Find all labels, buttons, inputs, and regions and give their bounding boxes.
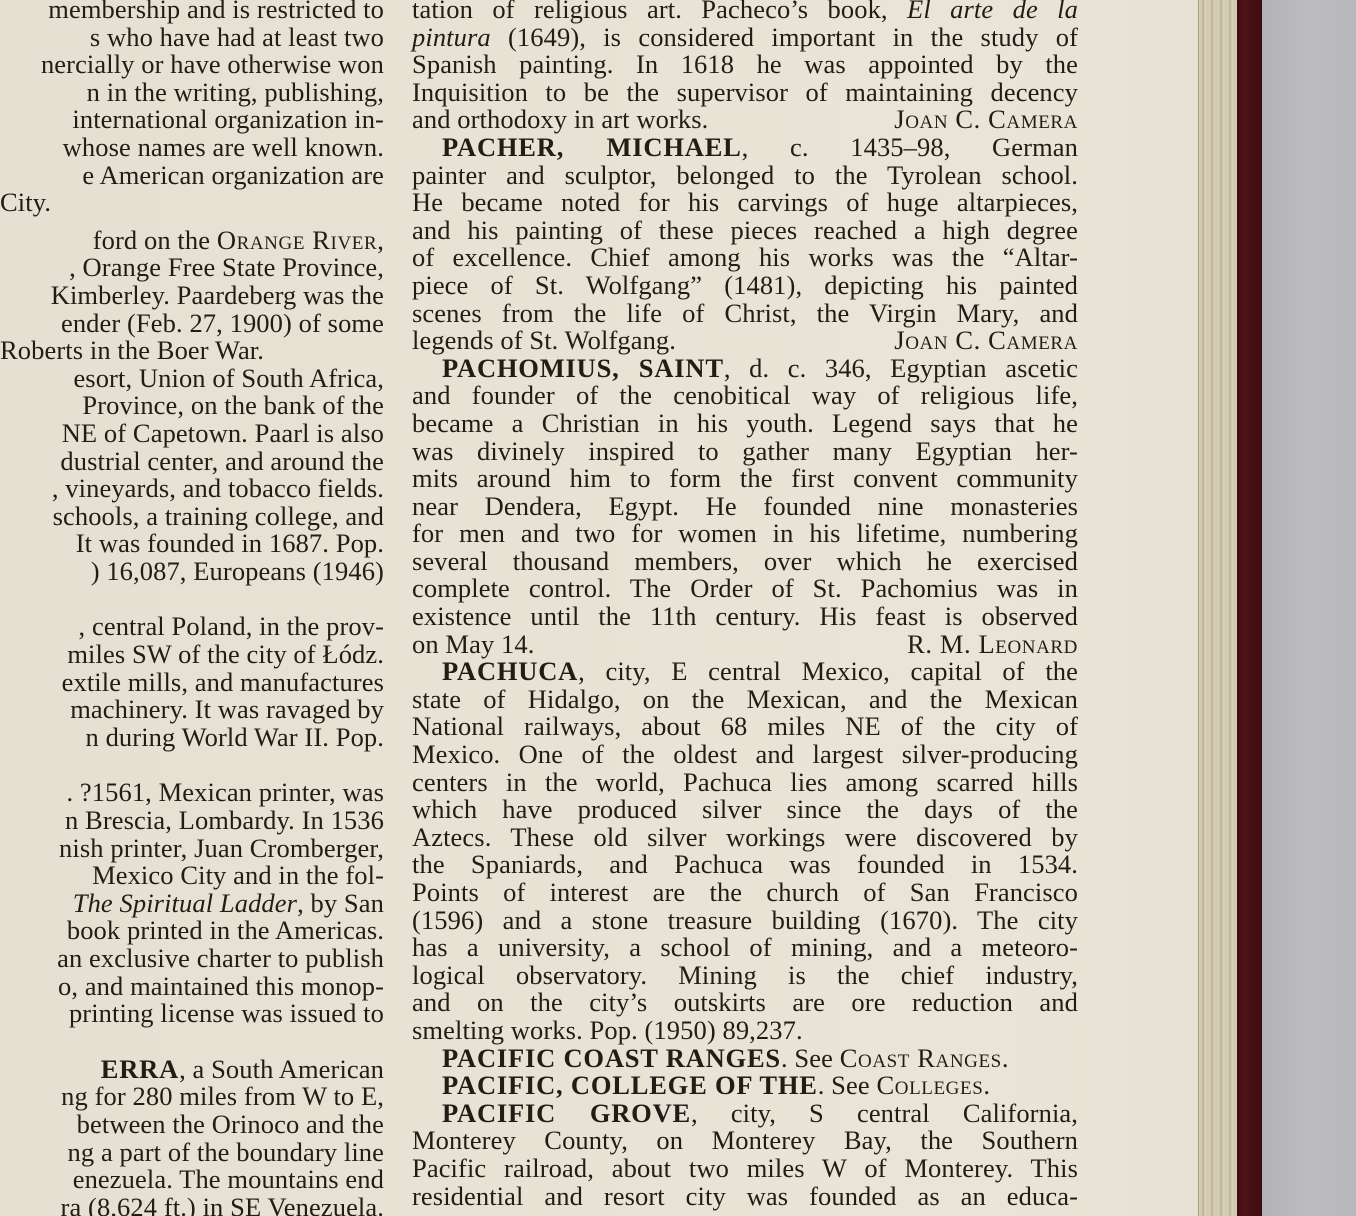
text-line: City.	[0, 189, 384, 217]
text-line: ) 16,087, Europeans (1946)	[0, 558, 384, 586]
entry-pacific-grove: PACIFIC GROVE, city, S central Californi…	[412, 1100, 1078, 1210]
text-line: ra (8,624 ft.) in SE Venezuela.	[0, 1194, 384, 1216]
text-line: miles SW of the city of Łódz.	[0, 641, 384, 669]
text-line: smelting works. Pop. (1950) 89,237.	[412, 1017, 1078, 1045]
entry-pachomius-saint: PACHOMIUS, SAINT, d. c. 346, Egyptian as…	[412, 355, 1078, 659]
text-line: Pacific railroad, about two miles W of M…	[412, 1155, 1078, 1183]
entry-fragment-membership: membership and is restricted to s who ha…	[0, 0, 384, 217]
headword: ERRA	[101, 1054, 179, 1084]
text-line: Roberts in the Boer War.	[0, 337, 384, 365]
text-line: Province, on the bank of the	[0, 392, 384, 420]
text-line: of excellence. Chief among his works was…	[412, 244, 1078, 272]
text-line: residential and resort city was founded …	[412, 1183, 1078, 1211]
cross-reference: Coast Ranges	[840, 1043, 1002, 1073]
text-line: It was founded in 1687. Pop.	[0, 530, 384, 558]
text-line: Spanish painting. In 1618 he was appoint…	[412, 51, 1078, 79]
text-line: mits around him to form the first conven…	[412, 465, 1078, 493]
text-line: enezuela. The mountains end	[0, 1166, 384, 1194]
entry-pacheco-tail: tation of religious art. Pacheco’s book,…	[412, 0, 1078, 134]
text-line: NE of Capetown. Paarl is also	[0, 420, 384, 448]
text-line: was divinely inspired to gather many Egy…	[412, 438, 1078, 466]
text-line: , central Poland, in the prov-	[0, 613, 384, 641]
text-line: , vineyards, and tobacco fields.	[0, 475, 384, 503]
text-line: membership and is restricted to	[0, 0, 384, 24]
text-line: o, and maintained this monop-	[0, 973, 384, 1001]
text-line: on May 14. R. M. Leonard	[412, 631, 1078, 659]
text-line: centers in the world, Pachuca lies among…	[412, 769, 1078, 797]
headword: PACHOMIUS, SAINT	[442, 353, 724, 383]
text-line: Points of interest are the church of San…	[412, 879, 1078, 907]
book-title: El arte de la	[907, 0, 1078, 24]
text-line: nercially or have otherwise won	[0, 51, 384, 79]
book-title: pintura	[412, 22, 491, 52]
text-line: and orthodoxy in art works. Joan C. Came…	[412, 106, 1078, 134]
text-line: Inquisition to be the supervisor of main…	[412, 79, 1078, 107]
text-line: Kimberley. Paardeberg was the	[0, 282, 384, 310]
right-column: tation of religious art. Pacheco’s book,…	[412, 0, 1078, 1210]
text-line: (1596) and a stone treasure building (16…	[412, 907, 1078, 935]
entry-pacific-coast-ranges: PACIFIC COAST RANGES. See Coast Ranges.	[412, 1045, 1078, 1073]
text-line: whose names are well known.	[0, 134, 384, 162]
cross-reference: Colleges	[876, 1070, 983, 1100]
entry-pachuca: PACHUCA, city, E central Mexico, capital…	[412, 658, 1078, 1044]
text-line: ERRA, a South American	[0, 1056, 384, 1084]
text-line: . ?1561, Mexican printer, was	[0, 779, 384, 807]
text-line: The Spiritual Ladder, by San	[0, 890, 384, 918]
text-line: nish printer, Juan Cromberger,	[0, 835, 384, 863]
text-line: s who have had at least two	[0, 24, 384, 52]
text-line: state of Hidalgo, on the Mexican, and th…	[412, 686, 1078, 714]
page-edges	[1198, 0, 1237, 1216]
text-line: PACIFIC, COLLEGE OF THE. See Colleges.	[412, 1072, 1078, 1100]
text-line: piece of St. Wolfgang” (1481), depicting…	[412, 272, 1078, 300]
text-line: Mexico. One of the oldest and largest si…	[412, 741, 1078, 769]
text-line: became a Christian in his youth. Legend …	[412, 410, 1078, 438]
left-column: membership and is restricted to s who ha…	[0, 0, 384, 1216]
text-line: ford on the Orange River,	[0, 227, 384, 255]
text-line: between the Orinoco and the	[0, 1111, 384, 1139]
text-line: dustrial center, and around the	[0, 448, 384, 476]
headword: PACIFIC GROVE	[442, 1098, 691, 1128]
text-line: Aztecs. These old silver workings were d…	[412, 824, 1078, 852]
entry-fragment-paarl: esort, Union of South Africa, Province, …	[0, 365, 384, 586]
text-line: for men and two for women in his lifetim…	[412, 520, 1078, 548]
text-line: complete control. The Order of St. Pacho…	[412, 575, 1078, 603]
text-line: He became noted for his carvings of huge…	[412, 189, 1078, 217]
author-signature: R. M. Leonard	[907, 631, 1078, 659]
text-line: an exclusive charter to publish	[0, 945, 384, 973]
text-line: esort, Union of South Africa,	[0, 365, 384, 393]
entry-fragment-pablos: . ?1561, Mexican printer, was n Brescia,…	[0, 779, 384, 1027]
book-title: The Spiritual Ladder	[73, 888, 297, 918]
text-line: near Dendera, Egypt. He founded nine mon…	[412, 493, 1078, 521]
text-line: machinery. It was ravaged by	[0, 696, 384, 724]
encyclopedia-page: membership and is restricted to s who ha…	[0, 0, 1198, 1216]
entry-pacher-michael: PACHER, MICHAEL, c. 1435–98, German pain…	[412, 134, 1078, 355]
text-line: pintura (1649), is considered important …	[412, 24, 1078, 52]
entry-pacific-college-of-the: PACIFIC, COLLEGE OF THE. See Colleges.	[412, 1072, 1078, 1100]
text-line: printing license was issued to	[0, 1000, 384, 1028]
text-line: n Brescia, Lombardy. In 1536	[0, 807, 384, 835]
background-wall	[1262, 0, 1356, 1216]
text-line: n in the writing, publishing,	[0, 79, 384, 107]
text-line: several thousand members, over which he …	[412, 548, 1078, 576]
text-line: tation of religious art. Pacheco’s book,…	[412, 0, 1078, 24]
text-line: book printed in the Americas.	[0, 917, 384, 945]
text-line: scenes from the life of Christ, the Virg…	[412, 300, 1078, 328]
headword: PACIFIC COAST RANGES	[442, 1043, 781, 1073]
text-line: National railways, about 68 miles NE of …	[412, 713, 1078, 741]
text-line: PACIFIC COAST RANGES. See Coast Ranges.	[412, 1045, 1078, 1073]
text-line: Mexico City and in the fol-	[0, 862, 384, 890]
author-signature: Joan C. Camera	[894, 327, 1078, 355]
text-line: and on the city’s outskirts are ore redu…	[412, 989, 1078, 1017]
text-line: PACHUCA, city, E central Mexico, capital…	[412, 658, 1078, 686]
text-line: PACHER, MICHAEL, c. 1435–98, German	[412, 134, 1078, 162]
author-signature: Joan C. Camera	[894, 106, 1078, 134]
headword: PACHUCA	[442, 656, 578, 686]
text-line: Monterey County, on Monterey Bay, the So…	[412, 1127, 1078, 1155]
text-line: schools, a training college, and	[0, 503, 384, 531]
text-line: extile mills, and manufactures	[0, 669, 384, 697]
text-line: which have produced silver since the day…	[412, 796, 1078, 824]
text-line: painter and sculptor, belonged to the Ty…	[412, 162, 1078, 190]
text-line: n during World War II. Pop.	[0, 724, 384, 752]
text-line: PACHOMIUS, SAINT, d. c. 346, Egyptian as…	[412, 355, 1078, 383]
cross-reference: Orange River	[217, 225, 377, 255]
headword: PACHER, MICHAEL	[442, 132, 742, 162]
text-line: existence until the 11th century. His fe…	[412, 603, 1078, 631]
text-line: international organization in-	[0, 106, 384, 134]
text-line: and founder of the cenobitical way of re…	[412, 382, 1078, 410]
entry-fragment-pacaraima: ERRA, a South American ng for 280 miles …	[0, 1056, 384, 1216]
text-line: , Orange Free State Province,	[0, 254, 384, 282]
text-line: legends of St. Wolfgang. Joan C. Camera	[412, 327, 1078, 355]
text-line: PACIFIC GROVE, city, S central Californi…	[412, 1100, 1078, 1128]
book-cover-edge	[1234, 0, 1262, 1216]
headword: PACIFIC, COLLEGE OF THE	[442, 1070, 818, 1100]
text-line: ng for 280 miles from W to E,	[0, 1083, 384, 1111]
entry-fragment-pabianice: , central Poland, in the prov- miles SW …	[0, 613, 384, 751]
text-line: logical observatory. Mining is the chief…	[412, 962, 1078, 990]
entry-fragment-paardeberg: ford on the Orange River, , Orange Free …	[0, 227, 384, 365]
text-line: the Spaniards, and Pachuca was founded i…	[412, 851, 1078, 879]
text-line: and his painting of these pieces reached…	[412, 217, 1078, 245]
text-line: e American organization are	[0, 162, 384, 190]
text-line: has a university, a school of mining, an…	[412, 934, 1078, 962]
text-line: ng a part of the boundary line	[0, 1139, 384, 1167]
text-line: ender (Feb. 27, 1900) of some	[0, 310, 384, 338]
